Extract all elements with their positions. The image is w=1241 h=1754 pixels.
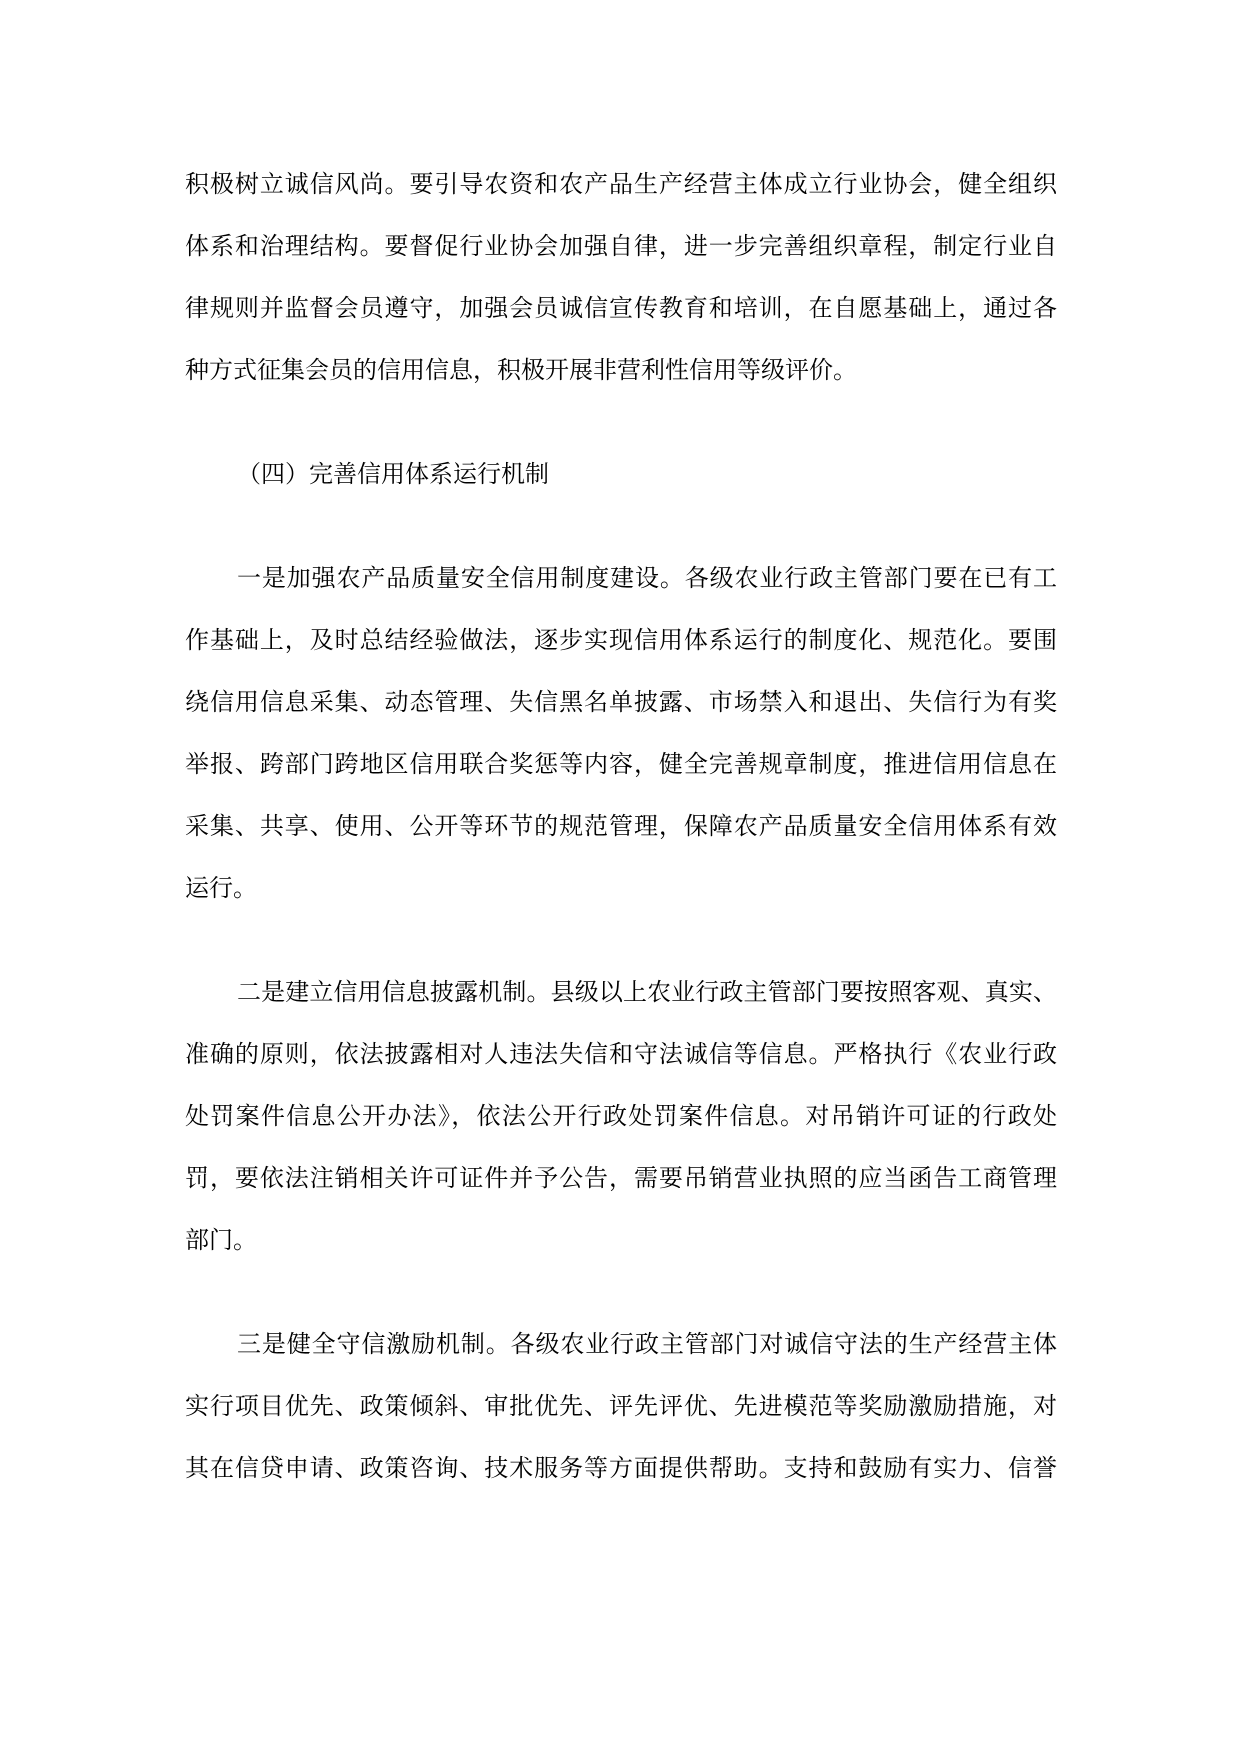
text-line: 律规则并监督会员遵守，加强会员诚信宣传教育和培训，在自愿基础上，通过各 xyxy=(185,277,1057,339)
paragraph-continued: 积极树立诚信风尚。要引导农资和农产品生产经营主体成立行业协会，健全组织体系和治理… xyxy=(185,153,1057,401)
text-line: 准确的原则，依法披露相对人违法失信和守法诚信等信息。严格执行《农业行政 xyxy=(185,1023,1057,1085)
text-line: 三是健全守信激励机制。各级农业行政主管部门对诚信守法的生产经营主体 xyxy=(185,1313,1057,1375)
text-line: 运行。 xyxy=(185,857,1057,919)
text-line: 积极树立诚信风尚。要引导农资和农产品生产经营主体成立行业协会，健全组织 xyxy=(185,153,1057,215)
paragraph-first: 一是加强农产品质量安全信用制度建设。各级农业行政主管部门要在已有工作基础上，及时… xyxy=(185,547,1057,919)
text-line: 罚，要依法注销相关许可证件并予公告，需要吊销营业执照的应当函告工商管理 xyxy=(185,1147,1057,1209)
paragraph-second: 二是建立信用信息披露机制。县级以上农业行政主管部门要按照客观、真实、准确的原则，… xyxy=(185,961,1057,1271)
text-line: 二是建立信用信息披露机制。县级以上农业行政主管部门要按照客观、真实、 xyxy=(185,961,1057,1023)
section-heading-text: （四）完善信用体系运行机制 xyxy=(185,443,1057,505)
paragraph-third: 三是健全守信激励机制。各级农业行政主管部门对诚信守法的生产经营主体实行项目优先、… xyxy=(185,1313,1057,1499)
text-line: 部门。 xyxy=(185,1209,1057,1271)
text-line: 绕信用信息采集、动态管理、失信黑名单披露、市场禁入和退出、失信行为有奖 xyxy=(185,671,1057,733)
text-line: 一是加强农产品质量安全信用制度建设。各级农业行政主管部门要在已有工 xyxy=(185,547,1057,609)
document-page: 积极树立诚信风尚。要引导农资和农产品生产经营主体成立行业协会，健全组织体系和治理… xyxy=(0,0,1241,1754)
text-line: 采集、共享、使用、公开等环节的规范管理，保障农产品质量安全信用体系有效 xyxy=(185,795,1057,857)
text-line: 实行项目优先、政策倾斜、审批优先、评先评优、先进模范等奖励激励措施，对 xyxy=(185,1375,1057,1437)
text-line: 作基础上，及时总结经验做法，逐步实现信用体系运行的制度化、规范化。要围 xyxy=(185,609,1057,671)
text-line: 举报、跨部门跨地区信用联合奖惩等内容，健全完善规章制度，推进信用信息在 xyxy=(185,733,1057,795)
section-heading-4: （四）完善信用体系运行机制 xyxy=(185,443,1057,505)
text-line: 其在信贷申请、政策咨询、技术服务等方面提供帮助。支持和鼓励有实力、信誉 xyxy=(185,1437,1057,1499)
text-line: 处罚案件信息公开办法》，依法公开行政处罚案件信息。对吊销许可证的行政处 xyxy=(185,1085,1057,1147)
text-line: 种方式征集会员的信用信息，积极开展非营利性信用等级评价。 xyxy=(185,339,1057,401)
text-line: 体系和治理结构。要督促行业协会加强自律，进一步完善组织章程，制定行业自 xyxy=(185,215,1057,277)
document-body: 积极树立诚信风尚。要引导农资和农产品生产经营主体成立行业协会，健全组织体系和治理… xyxy=(185,153,1057,1499)
